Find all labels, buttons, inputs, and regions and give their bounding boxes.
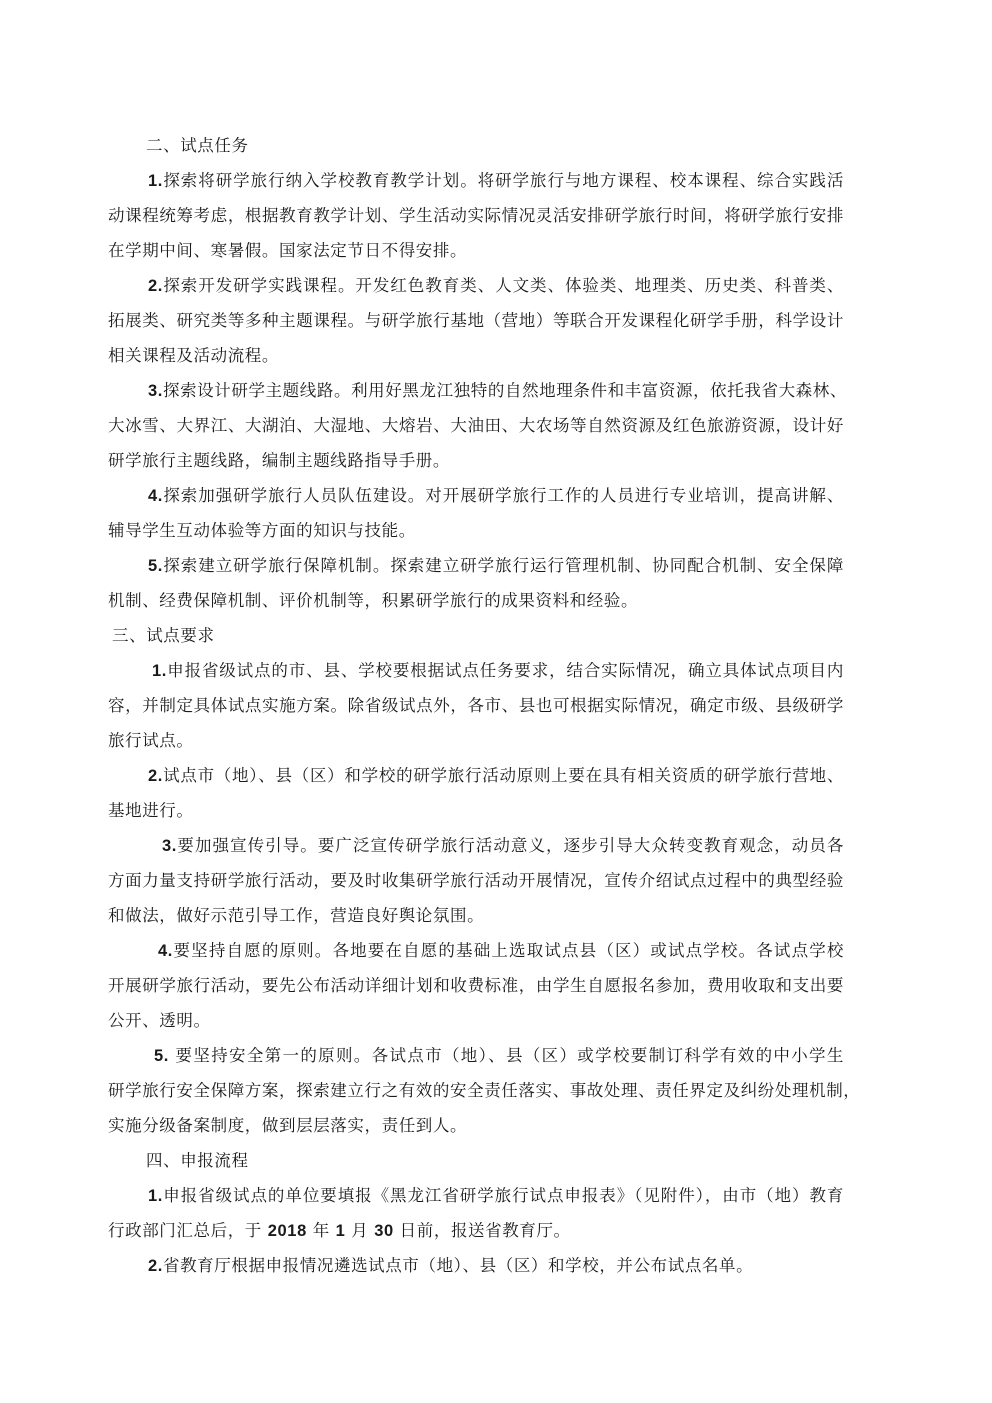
text-fragment: 年 — [307, 1221, 336, 1240]
section-heading-4: 四、申报流程 — [108, 1143, 844, 1178]
paragraph-line: 试点市（地）、县（区）和学校的研学旅行活动原则上要在具有相关资质的研学旅行营地、 — [163, 766, 844, 785]
paragraph-s3-3: 3.要加强宣传引导。要广泛宣传研学旅行活动意义，逐步引导大众转变教育观念，动员各… — [108, 828, 844, 933]
paragraph-line: 方面力量支持研学旅行活动，要及时收集研学旅行活动开展情况，宣传介绍试点过程中的典… — [108, 863, 844, 898]
item-number: 2. — [148, 277, 163, 295]
paragraph-line: 开展研学旅行活动，要先公布活动详细计划和收费标准，由学生自愿报名参加，费用收取和… — [108, 968, 844, 1003]
paragraph-line: 相关课程及活动流程。 — [108, 338, 844, 373]
item-number: 3. — [162, 837, 177, 855]
item-number: 2. — [148, 1257, 163, 1275]
paragraph-line: 在学期中间、寒暑假。国家法定节日不得安排。 — [108, 233, 844, 268]
paragraph-line: 探索设计研学主题线路。利用好黑龙江独特的自然地理条件和丰富资源，依托我省大森林、 — [163, 381, 847, 400]
item-number: 2. — [148, 767, 163, 785]
deadline-month: 1 — [336, 1222, 346, 1240]
item-number: 4. — [148, 487, 163, 505]
document-page: 二、试点任务 1.探索将研学旅行纳入学校教育教学计划。将研学旅行与地方课程、校本… — [108, 128, 844, 1283]
paragraph-s2-3: 3.探索设计研学主题线路。利用好黑龙江独特的自然地理条件和丰富资源，依托我省大森… — [108, 373, 844, 478]
paragraph-line: 辅导学生互动体验等方面的知识与技能。 — [108, 513, 844, 548]
paragraph-s4-2: 2.省教育厅根据申报情况遴选试点市（地）、县（区）和学校，并公布试点名单。 — [108, 1248, 844, 1283]
text-fragment: 日前，报送省教育厅。 — [394, 1221, 571, 1240]
paragraph-s2-5: 5.探索建立研学旅行保障机制。探索建立研学旅行运行管理机制、协同配合机制、安全保… — [108, 548, 844, 618]
paragraph-line: 研学旅行主题线路，编制主题线路指导手册。 — [108, 443, 844, 478]
text-fragment: 月 — [345, 1221, 374, 1240]
paragraph-s3-2: 2.试点市（地）、县（区）和学校的研学旅行活动原则上要在具有相关资质的研学旅行营… — [108, 758, 844, 828]
item-number: 4. — [158, 942, 173, 960]
paragraph-line: 公开、透明。 — [108, 1003, 844, 1038]
paragraph-line: 探索建立研学旅行保障机制。探索建立研学旅行运行管理机制、协同配合机制、安全保障 — [163, 556, 844, 575]
text-fragment: 行政部门汇总后，于 — [108, 1221, 268, 1240]
paragraph-line: 要坚持安全第一的原则。各试点市（地）、县（区）或学校要制订科学有效的中小学生 — [169, 1046, 844, 1065]
paragraph-line: 探索开发研学实践课程。开发红色教育类、人文类、体验类、地理类、历史类、科普类、 — [163, 276, 844, 295]
item-number: 1. — [148, 1187, 163, 1205]
paragraph-line: 要坚持自愿的原则。各地要在自愿的基础上选取试点县（区）或试点学校。各试点学校 — [173, 941, 844, 960]
paragraph-s3-5: 5. 要坚持安全第一的原则。各试点市（地）、县（区）或学校要制订科学有效的中小学… — [108, 1038, 844, 1143]
item-number: 3. — [148, 382, 163, 400]
paragraph-line: 容，并制定具体试点实施方案。除省级试点外，各市、县也可根据实际情况，确定市级、县… — [108, 688, 844, 723]
paragraph-line: 申报省级试点的单位要填报《黑龙江省研学旅行试点申报表》（见附件），由市（地）教育 — [163, 1186, 844, 1205]
paragraph-line: 动课程统筹考虑，根据教育教学计划、学生活动实际情况灵活安排研学旅行时间，将研学旅… — [108, 198, 844, 233]
paragraph-line: 机制、经费保障机制、评价机制等，积累研学旅行的成果资料和经验。 — [108, 583, 844, 618]
paragraph-line: 和做法，做好示范引导工作，营造良好舆论氛围。 — [108, 898, 844, 933]
item-number: 5. — [148, 557, 163, 575]
paragraph-s3-1: 1.申报省级试点的市、县、学校要根据试点任务要求，结合实际情况，确立具体试点项目… — [108, 653, 844, 758]
paragraph-s2-1: 1.探索将研学旅行纳入学校教育教学计划。将研学旅行与地方课程、校本课程、综合实践… — [108, 163, 844, 268]
item-number: 1. — [152, 662, 167, 680]
paragraph-line: 申报省级试点的市、县、学校要根据试点任务要求，结合实际情况，确立具体试点项目内 — [167, 661, 844, 680]
paragraph-s2-2: 2.探索开发研学实践课程。开发红色教育类、人文类、体验类、地理类、历史类、科普类… — [108, 268, 844, 373]
paragraph-line: 基地进行。 — [108, 793, 844, 828]
paragraph-line: 研学旅行安全保障方案，探索建立行之有效的安全责任落实、事故处理、责任界定及纠纷处… — [108, 1073, 844, 1108]
paragraph-line: 拓展类、研究类等多种主题课程。与研学旅行基地（营地）等联合开发课程化研学手册，科… — [108, 303, 844, 338]
paragraph-s2-4: 4.探索加强研学旅行人员队伍建设。对开展研学旅行工作的人员进行专业培训，提高讲解… — [108, 478, 844, 548]
paragraph-line: 探索将研学旅行纳入学校教育教学计划。将研学旅行与地方课程、校本课程、综合实践活 — [163, 171, 844, 190]
section-heading-3: 三、试点要求 — [108, 618, 844, 653]
paragraph-line: 要加强宣传引导。要广泛宣传研学旅行活动意义，逐步引导大众转变教育观念，动员各 — [177, 836, 844, 855]
paragraph-s4-1: 1.申报省级试点的单位要填报《黑龙江省研学旅行试点申报表》（见附件），由市（地）… — [108, 1178, 844, 1248]
paragraph-line: 实施分级备案制度，做到层层落实，责任到人。 — [108, 1108, 844, 1143]
item-number: 5. — [154, 1047, 169, 1065]
section-heading-2: 二、试点任务 — [108, 128, 844, 163]
paragraph-line: 行政部门汇总后，于 2018 年 1 月 30 日前，报送省教育厅。 — [108, 1213, 844, 1248]
item-number: 1. — [148, 172, 163, 190]
paragraph-s3-4: 4.要坚持自愿的原则。各地要在自愿的基础上选取试点县（区）或试点学校。各试点学校… — [108, 933, 844, 1038]
deadline-day: 30 — [374, 1222, 394, 1240]
paragraph-line: 省教育厅根据申报情况遴选试点市（地）、县（区）和学校，并公布试点名单。 — [163, 1256, 753, 1275]
deadline-year: 2018 — [268, 1222, 307, 1240]
paragraph-line: 旅行试点。 — [108, 723, 844, 758]
paragraph-line: 探索加强研学旅行人员队伍建设。对开展研学旅行工作的人员进行专业培训，提高讲解、 — [163, 486, 844, 505]
paragraph-line: 大冰雪、大界江、大湖泊、大湿地、大熔岩、大油田、大农场等自然资源及红色旅游资源，… — [108, 408, 844, 443]
